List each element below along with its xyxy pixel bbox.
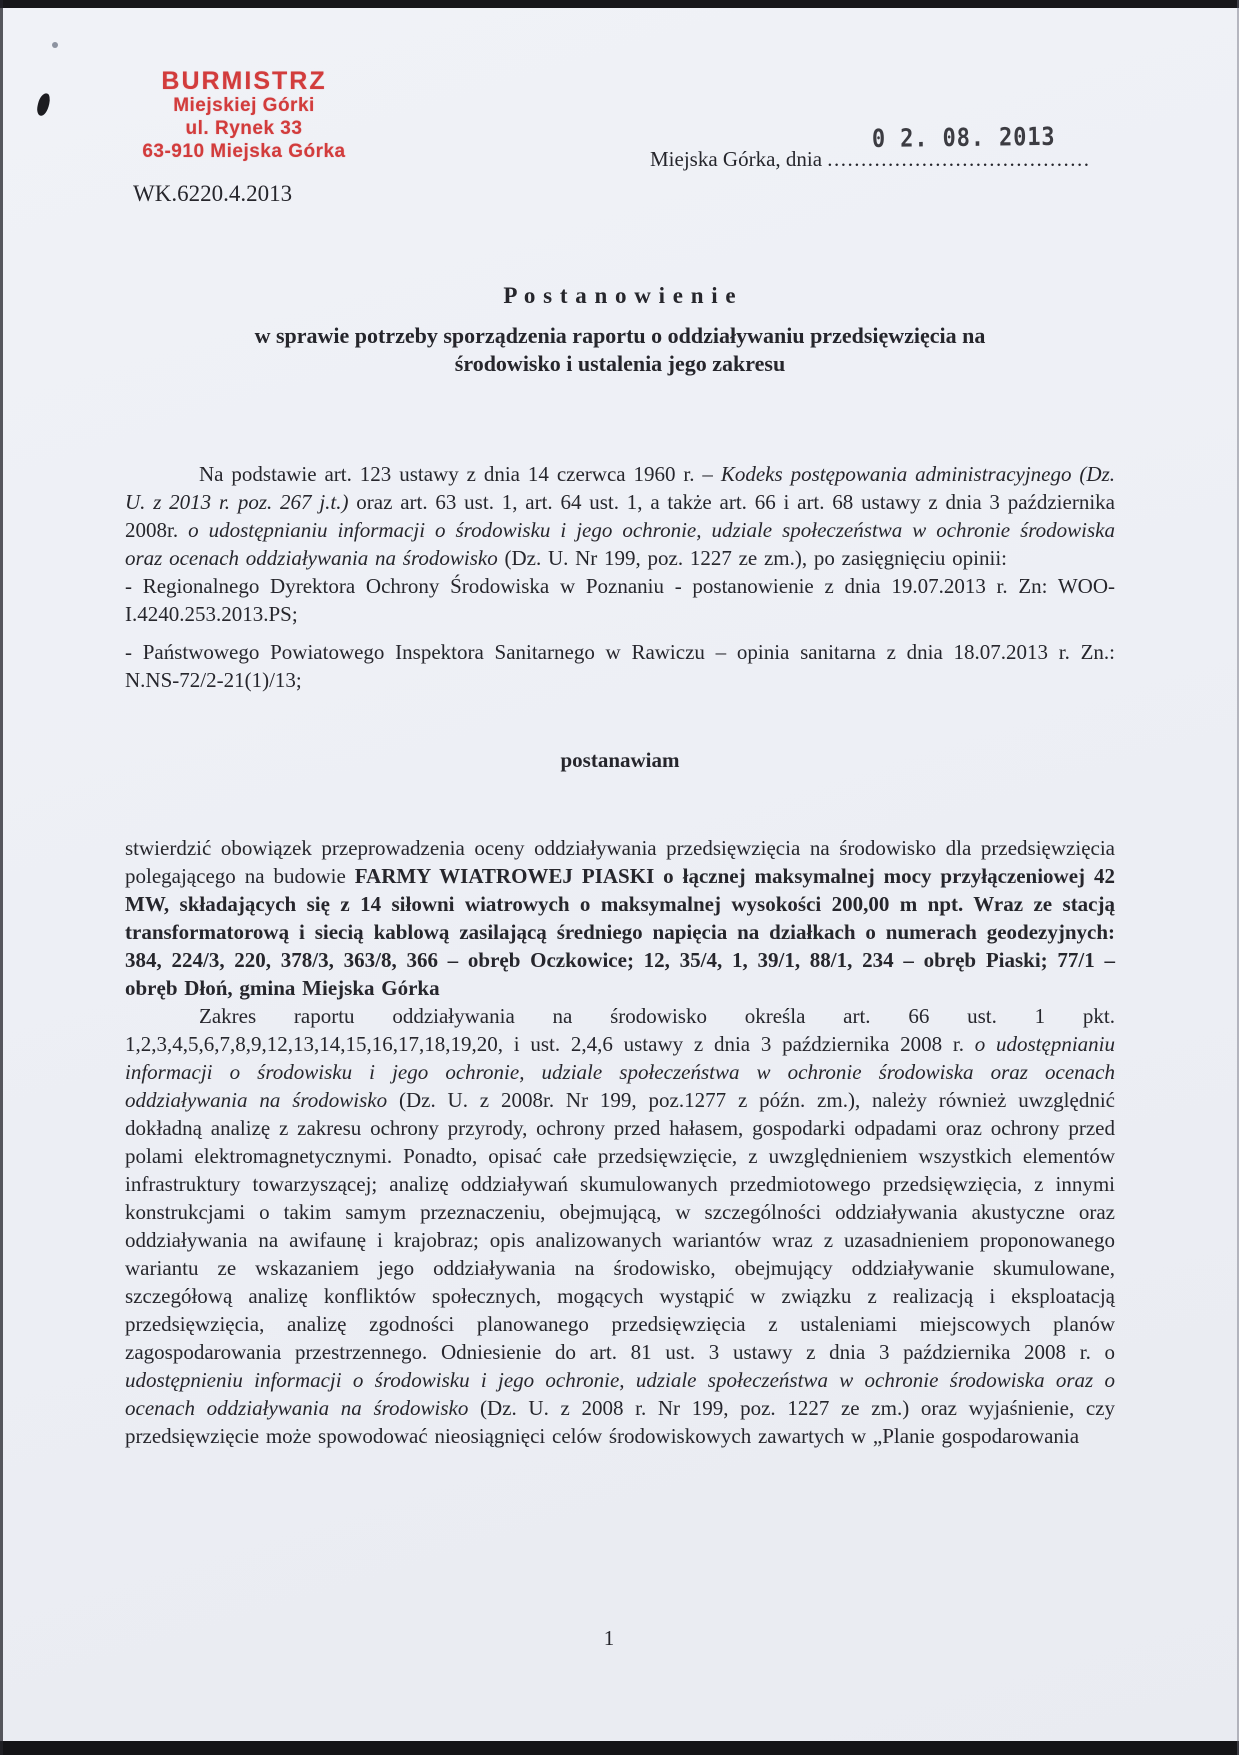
text-segment: (Dz. U. z 2008r. Nr 199, poz.1277 z późn… bbox=[125, 1088, 1115, 1364]
page-number: 1 bbox=[125, 1626, 1093, 1651]
ink-speck bbox=[52, 42, 58, 48]
decision-paragraph: stwierdzić obowiązek przeprowadzenia oce… bbox=[125, 834, 1115, 1002]
ink-smudge bbox=[36, 92, 52, 117]
document-body: Na podstawie art. 123 ustawy z dnia 14 c… bbox=[125, 460, 1115, 1450]
decision-heading: postanawiam bbox=[125, 746, 1115, 774]
stamp-street: ul. Rynek 33 bbox=[110, 118, 378, 140]
opinion-item-rdos: - Regionalnego Dyrektora Ochrony Środowi… bbox=[125, 572, 1115, 628]
text-segment: (Dz. U. Nr 199, poz. 1227 ze zm.), po za… bbox=[498, 546, 1007, 570]
opinion-item-sanitary: - Państwowego Powiatowego Inspektora San… bbox=[125, 638, 1115, 694]
stamp-office-name: Miejskiej Górki bbox=[110, 95, 378, 117]
place-date-label: Miejska Górka, dnia bbox=[650, 147, 827, 171]
stamp-postal-city: 63-910 Miejska Górka bbox=[110, 141, 378, 163]
scanned-document-page: BURMISTRZ Miejskiej Górki ul. Rynek 33 6… bbox=[0, 0, 1239, 1755]
legal-basis-paragraph: Na podstawie art. 123 ustawy z dnia 14 c… bbox=[125, 460, 1115, 572]
document-subtitle: w sprawie potrzeby sporządzenia raportu … bbox=[125, 322, 1115, 378]
document-subtitle-line1: w sprawie potrzeby sporządzenia raportu … bbox=[125, 322, 1115, 350]
scope-paragraph: Zakres raportu oddziaływania na środowis… bbox=[125, 1002, 1115, 1450]
text-segment: Zakres raportu oddziaływania na środowis… bbox=[125, 1004, 1115, 1056]
scan-edge-top bbox=[0, 0, 1239, 8]
scan-edge-left bbox=[0, 0, 3, 1755]
sender-office-stamp: BURMISTRZ Miejskiej Górki ul. Rynek 33 6… bbox=[110, 68, 378, 163]
case-number: WK.6220.4.2013 bbox=[133, 181, 292, 207]
document-title: P o s t a n o w i e n i e bbox=[125, 283, 1115, 309]
date-stamp: 0 2. 08. 2013 bbox=[872, 122, 1056, 153]
document-subtitle-line2: środowisko i ustalenia jego zakresu bbox=[125, 350, 1115, 378]
stamp-office-title: BURMISTRZ bbox=[110, 68, 378, 94]
text-segment: Na podstawie art. 123 ustawy z dnia 14 c… bbox=[199, 462, 721, 486]
scan-edge-bottom bbox=[0, 1741, 1239, 1755]
